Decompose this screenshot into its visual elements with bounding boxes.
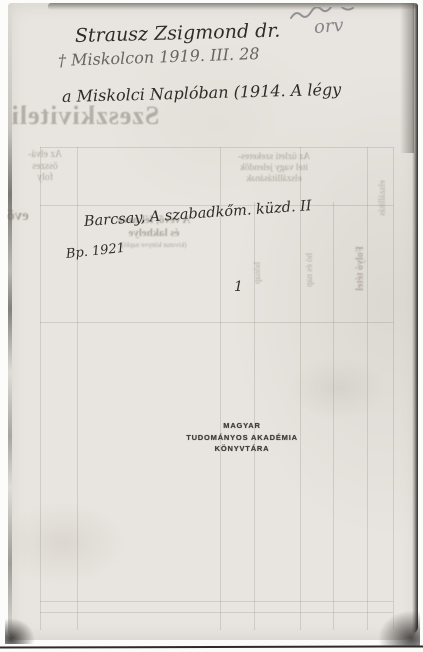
bottom-left-dark-corner xyxy=(5,618,35,644)
bleedthrough-text: elszállításának xyxy=(216,174,332,185)
bleedthrough-text: és lakhelye xyxy=(92,227,216,240)
bleedthrough-vertical-label: hónap xyxy=(252,262,262,284)
stamp-line-1: MAGYAR xyxy=(162,420,322,432)
stamp-line-2: TUDOMÁNYOS AKADÉMIA xyxy=(162,432,322,444)
bleedthrough-text: Az elvá- xyxy=(18,149,72,161)
page-left-torn-edge xyxy=(8,3,12,640)
grid-line xyxy=(300,147,301,630)
scan-baseline-rule xyxy=(0,645,423,648)
bleedthrough-vertical-label: Folyó tétel xyxy=(355,246,366,291)
grid-line xyxy=(40,322,393,323)
handwritten-pencil-note: orv xyxy=(313,15,344,38)
handwritten-mark: 1 xyxy=(234,279,243,295)
grid-line xyxy=(333,202,334,630)
handwritten-name-line: Strausz Zsigmond dr. xyxy=(75,20,281,47)
bleedthrough-text: Az üzleti szekeres- xyxy=(216,152,332,163)
bleedthrough-vertical-label: hó és nap xyxy=(304,253,314,287)
library-stamp: MAGYAR TUDOMÁNYOS AKADÉMIA KÖNYVTÁRA xyxy=(162,420,322,455)
grid-line xyxy=(77,147,78,630)
bottom-right-dark-corner xyxy=(378,610,420,646)
grid-line xyxy=(393,147,394,630)
grid-line xyxy=(40,147,41,630)
grid-line xyxy=(367,147,368,630)
bleedthrough-vertical-label: elszállítás xyxy=(377,180,387,216)
bleedthrough-text: itel vagy jelendők xyxy=(216,163,332,174)
bleedthrough-edge-fragment: evő xyxy=(4,208,32,225)
handwritten-year-line: Bp. 1921 xyxy=(65,241,125,262)
grid-line xyxy=(40,147,393,148)
bleedthrough-left-column: Az elvá- összes foly xyxy=(18,149,72,184)
page-top-edge-shadow xyxy=(48,3,416,10)
bleedthrough-title: Szeszkiviteli xyxy=(0,101,180,131)
grid-line xyxy=(40,612,393,613)
bleedthrough-mid-header: Az üzleti szekeres- itel vagy jelendők e… xyxy=(216,152,332,185)
stamp-line-3: KÖNYVTÁRA xyxy=(162,443,322,455)
bleedthrough-text: összes xyxy=(18,161,72,173)
scanned-page: Szeszkiviteli Az elvá- összes foly Az üz… xyxy=(8,3,418,640)
grid-line xyxy=(40,601,393,602)
page-right-edge xyxy=(412,3,418,633)
bleedthrough-text: foly xyxy=(18,172,72,184)
handwritten-death-line: † Miskolcon 1919. III. 28 xyxy=(58,44,260,70)
handwritten-source-line: a Miskolci Naplóban (1914. A légy xyxy=(62,80,342,106)
